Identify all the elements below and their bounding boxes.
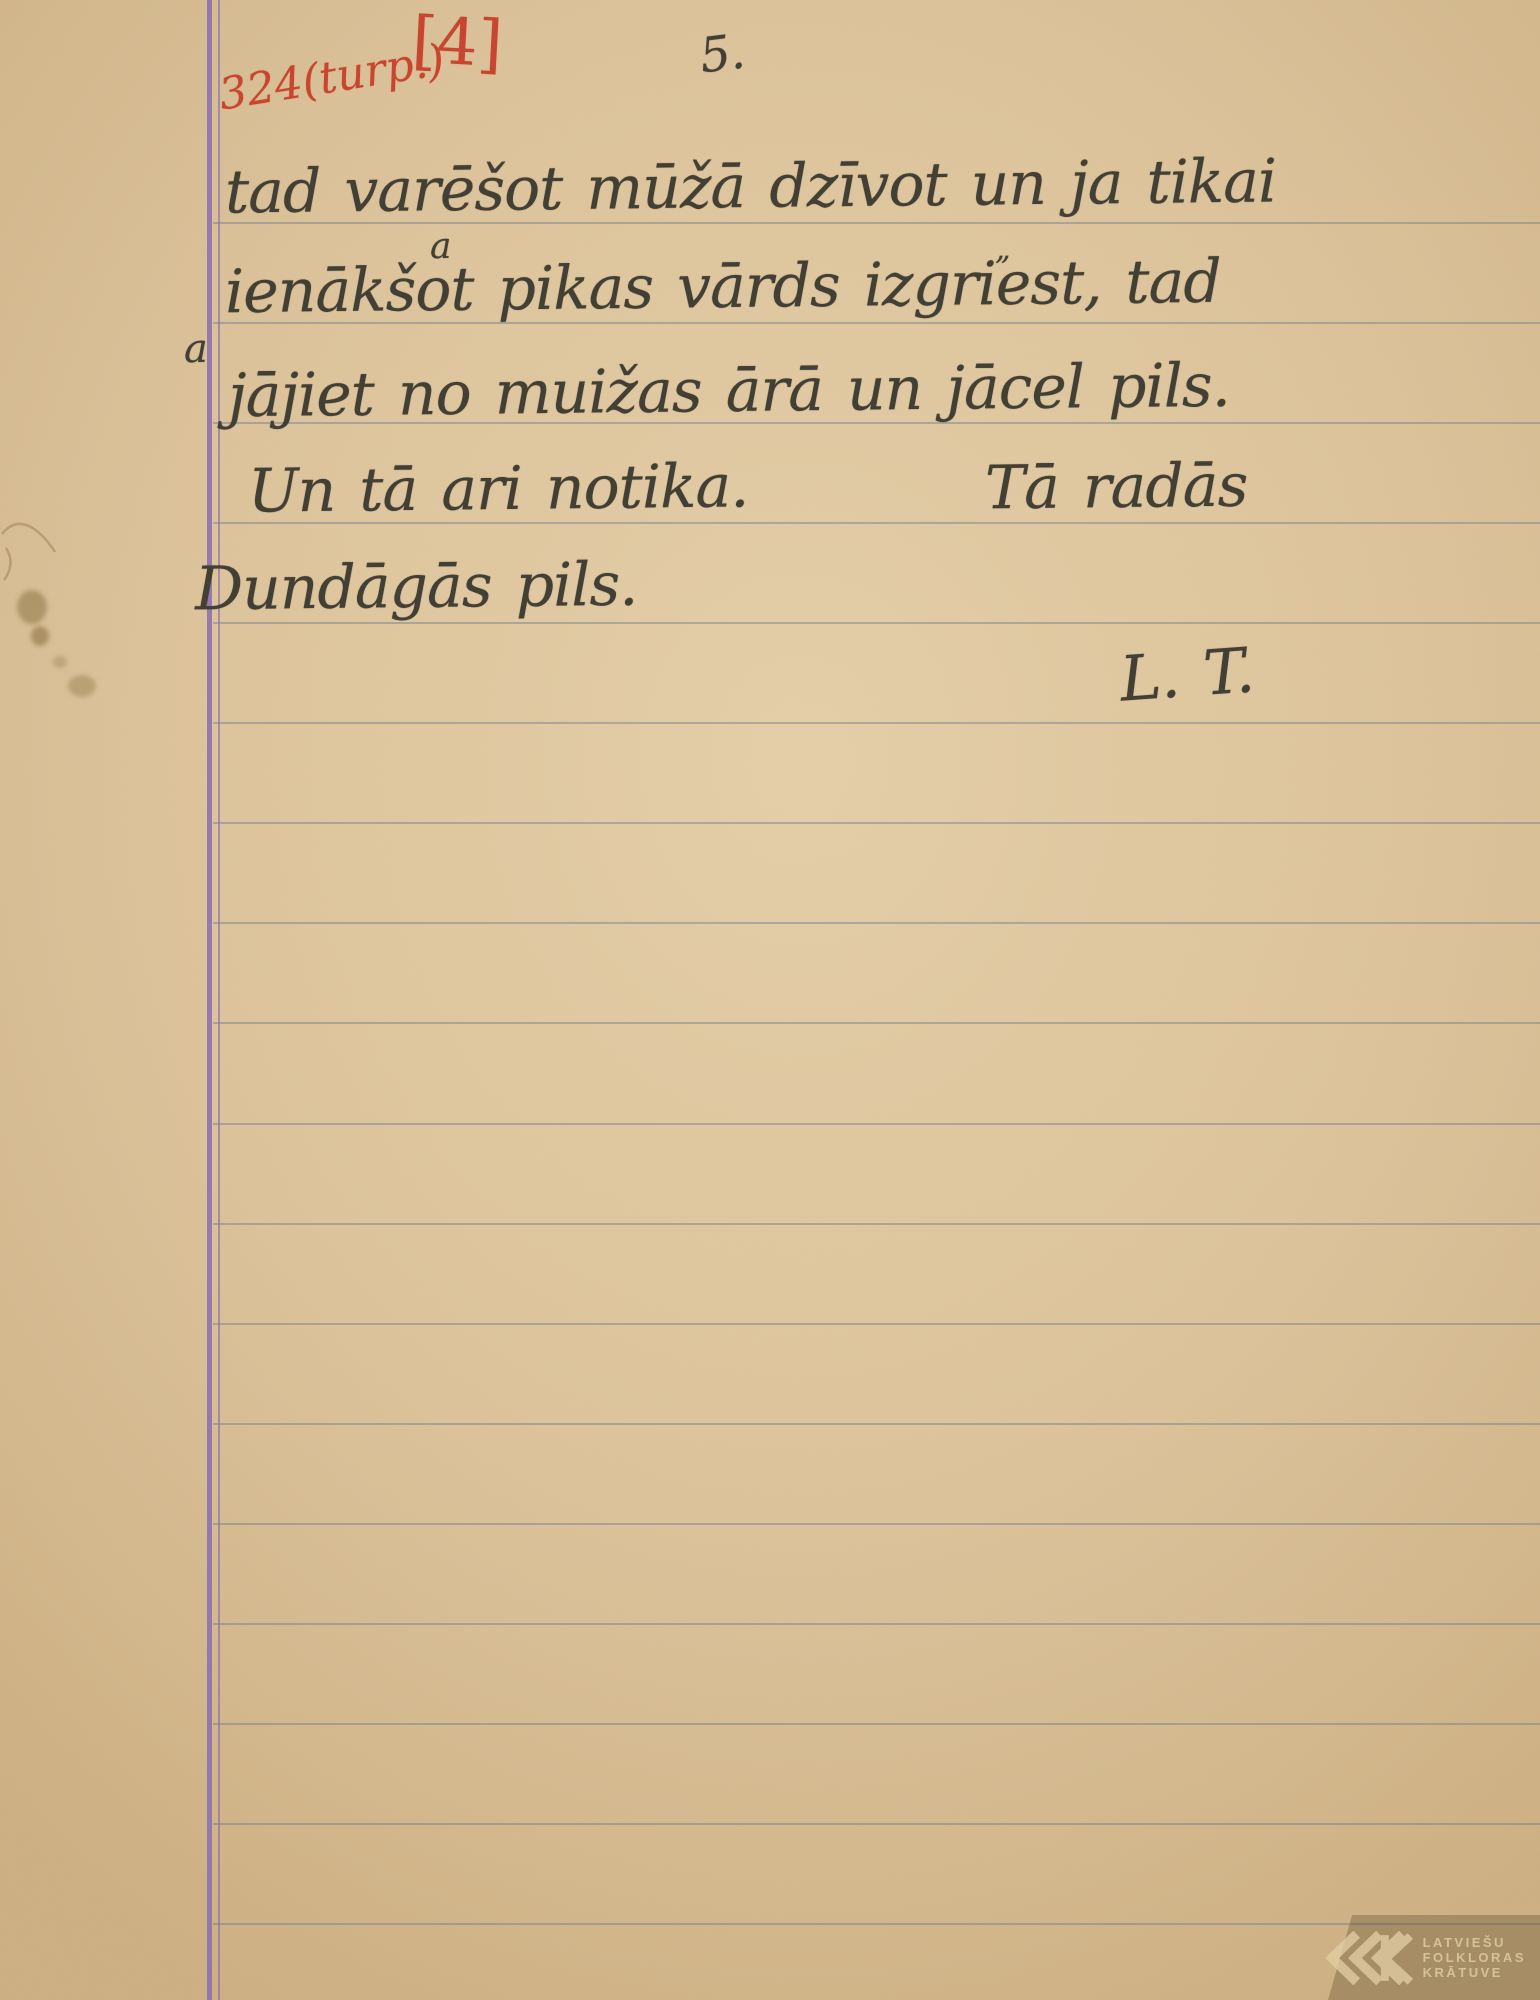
ruled-line (213, 1022, 1540, 1024)
watermark-line-3: KRĀTUVE (1423, 1965, 1526, 1980)
manuscript-line-1: tad varēšot mūžā dzīvot un ja tikai (225, 146, 1277, 227)
ruled-line (213, 1323, 1540, 1325)
ruled-line (213, 1523, 1540, 1525)
ruled-line (213, 722, 1540, 724)
watermark: LATVIEŠU FOLKLORAS KRĀTUVE (1300, 1915, 1540, 2000)
watermark-line-2: FOLKLORAS (1423, 1950, 1526, 1965)
ruled-line (213, 922, 1540, 924)
manuscript-line-5: Dundāgās pils. (195, 550, 638, 625)
manuscript-page: 324(turp.) [4] 5. tad varēšot mūžā dzīvo… (0, 0, 1540, 2000)
manuscript-line-4a: Un tā ari notika. (248, 451, 749, 526)
manuscript-line-2: ienākšot pikas vārds izgriest, tad (225, 247, 1221, 327)
manuscript-line-4b: Tā radās (985, 451, 1248, 524)
page-number: 5. (697, 24, 747, 85)
ruled-line (213, 1823, 1540, 1825)
ruled-line (213, 1623, 1540, 1625)
watermark-line-1: LATVIEŠU (1423, 1935, 1526, 1950)
ruled-line (213, 1423, 1540, 1425)
manuscript-line-3: jājiet no muižas ārā un jācel pils. (228, 351, 1230, 431)
corner-page-annotation: [4] (410, 4, 504, 83)
signature: L. T. (1118, 633, 1256, 715)
margin-line-thick (207, 0, 212, 2000)
ruled-line (213, 1723, 1540, 1725)
lfk-logo-icon (1325, 1931, 1413, 1985)
ruled-line (213, 622, 1540, 624)
ruled-line (213, 822, 1540, 824)
watermark-text: LATVIEŠU FOLKLORAS KRĀTUVE (1423, 1935, 1526, 1980)
ruled-line (213, 1123, 1540, 1125)
inserted-letter-margin: a (184, 326, 207, 372)
margin-line-thin (218, 0, 220, 2000)
ruled-line (213, 1223, 1540, 1225)
